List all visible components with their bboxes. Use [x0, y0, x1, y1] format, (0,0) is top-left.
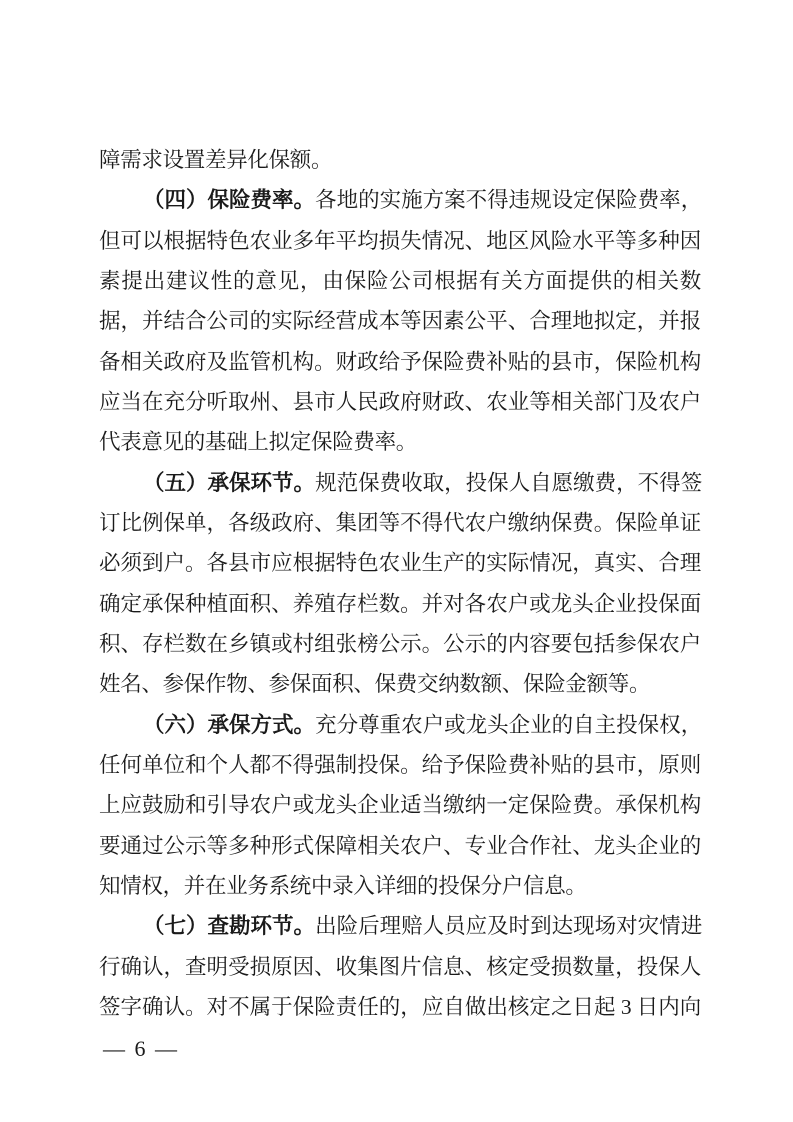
- line-text: 备相关政府及监管机构。财政给予保险费补贴的县市，保险机构: [99, 350, 701, 374]
- text-block: 障需求设置差异化保额。（四）保险费率。各地的实施方案不得违规设定保险费率，但可以…: [99, 140, 701, 1027]
- line-text: 应当在充分听取州、县市人民政府财政、农业等相关部门及农户: [99, 390, 701, 414]
- text-line: 姓名、参保作物、参保面积、保费交纳数额、保险金额等。: [99, 664, 701, 704]
- line-text: 代表意见的基础上拟定保险费率。: [99, 430, 417, 454]
- line-text: 任何单位和个人都不得强制投保。给予保险费补贴的县市，原则: [99, 753, 701, 777]
- section-heading: （七）查勘环节。: [143, 914, 315, 938]
- text-line: （六）承保方式。充分尊重农户或龙头企业的自主投保权，: [99, 705, 701, 745]
- text-line: 但可以根据特色农业多年平均损失情况、地区风险水平等多种因: [99, 221, 701, 261]
- text-line: 上应鼓励和引导农户或龙头企业适当缴纳一定保险费。承保机构: [99, 785, 701, 825]
- text-line: 确定承保种植面积、养殖存栏数。并对各农户或龙头企业投保面: [99, 584, 701, 624]
- text-line: 行确认，查明受损原因、收集图片信息、核定受损数量，投保人: [99, 947, 701, 987]
- text-line: 应当在充分听取州、县市人民政府财政、农业等相关部门及农户: [99, 382, 701, 422]
- line-text: 出险后理赔人员应及时到达现场对灾情进: [315, 914, 701, 938]
- line-text: 订比例保单，各级政府、集团等不得代农户缴纳保费。保险单证: [99, 511, 701, 535]
- text-line: 障需求设置差异化保额。: [99, 140, 701, 180]
- text-line: 据，并结合公司的实际经营成本等因素公平、合理地拟定，并报: [99, 301, 701, 341]
- text-line: 必须到户。各县市应根据特色农业生产的实际情况，真实、合理: [99, 543, 701, 583]
- line-text: 上应鼓励和引导农户或龙头企业适当缴纳一定保险费。承保机构: [99, 793, 701, 817]
- document-page: 障需求设置差异化保额。（四）保险费率。各地的实施方案不得违规设定保险费率，但可以…: [0, 0, 793, 1122]
- line-text: 障需求设置差异化保额。: [99, 148, 332, 172]
- text-line: 订比例保单，各级政府、集团等不得代农户缴纳保费。保险单证: [99, 503, 701, 543]
- section-heading: （六）承保方式。: [143, 713, 315, 737]
- text-line: 任何单位和个人都不得强制投保。给予保险费补贴的县市，原则: [99, 745, 701, 785]
- text-line: 积、存栏数在乡镇或村组张榜公示。公示的内容要包括参保农户: [99, 624, 701, 664]
- line-text: 积、存栏数在乡镇或村组张榜公示。公示的内容要包括参保农户: [99, 632, 701, 656]
- text-line: 代表意见的基础上拟定保险费率。: [99, 422, 701, 462]
- section-heading: （四）保险费率。: [143, 188, 315, 212]
- line-text: 规范保费收取，投保人自愿缴费，不得签: [315, 471, 701, 495]
- page-number: — 6 —: [103, 1034, 179, 1064]
- line-text: 但可以根据特色农业多年平均损失情况、地区风险水平等多种因: [99, 229, 701, 253]
- line-text: 据，并结合公司的实际经营成本等因素公平、合理地拟定，并报: [99, 309, 701, 333]
- line-text: 确定承保种植面积、养殖存栏数。并对各农户或龙头企业投保面: [99, 592, 701, 616]
- section-heading: （五）承保环节。: [143, 471, 315, 495]
- line-text: 必须到户。各县市应根据特色农业生产的实际情况，真实、合理: [99, 551, 701, 575]
- text-line: 签字确认。对不属于保险责任的，应自做出核定之日起 3 日内向: [99, 987, 701, 1027]
- line-text: 行确认，查明受损原因、收集图片信息、核定受损数量，投保人: [99, 955, 701, 979]
- line-text: 各地的实施方案不得违规设定保险费率，: [315, 188, 701, 212]
- line-text: 签字确认。对不属于保险责任的，应自做出核定之日起 3 日内向: [99, 995, 701, 1019]
- text-line: 要通过公示等多种形式保障相关农户、专业合作社、龙头企业的: [99, 826, 701, 866]
- line-text: 素提出建议性的意见，由保险公司根据有关方面提供的相关数: [99, 269, 701, 293]
- text-line: 素提出建议性的意见，由保险公司根据有关方面提供的相关数: [99, 261, 701, 301]
- line-text: 充分尊重农户或龙头企业的自主投保权，: [315, 713, 701, 737]
- text-line: （五）承保环节。规范保费收取，投保人自愿缴费，不得签: [99, 463, 701, 503]
- line-text: 知情权，并在业务系统中录入详细的投保分户信息。: [99, 874, 587, 898]
- line-text: 姓名、参保作物、参保面积、保费交纳数额、保险金额等。: [99, 672, 650, 696]
- text-line: 知情权，并在业务系统中录入详细的投保分户信息。: [99, 866, 701, 906]
- text-line: 备相关政府及监管机构。财政给予保险费补贴的县市，保险机构: [99, 342, 701, 382]
- text-line: （四）保险费率。各地的实施方案不得违规设定保险费率，: [99, 180, 701, 220]
- text-line: （七）查勘环节。出险后理赔人员应及时到达现场对灾情进: [99, 906, 701, 946]
- line-text: 要通过公示等多种形式保障相关农户、专业合作社、龙头企业的: [99, 834, 701, 858]
